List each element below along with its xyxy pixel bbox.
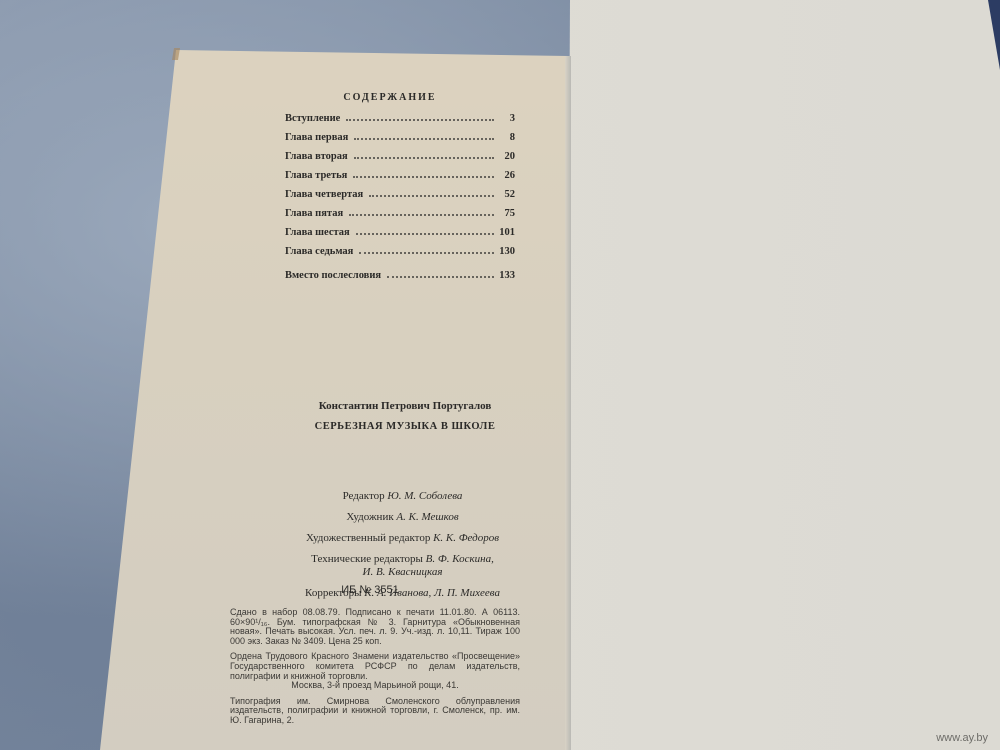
toc-entry: Вместо послесловия133 [285,270,515,289]
watermark: www.ay.by [936,732,988,744]
toc-entry: Глава пятая75 [285,208,515,227]
toc-entry-page: 52 [494,189,515,200]
toc-entry: Глава вторая20 [285,151,515,170]
credit-tech-editors: Технические редакторы В. Ф. Коскина, И. … [275,553,530,579]
ib-number: ИБ № 3551 [310,584,430,596]
credit-name: А. К. Мешков [396,511,458,523]
credit-name: К. К. Федоров [433,532,499,544]
toc-leader-dots [369,195,494,197]
credit-role: Художественный редактор [306,532,430,544]
toc-entry-label: Вместо послесловия [285,270,387,281]
publisher-name: Ордена Трудового Красного Знамени издате… [230,651,520,680]
table-of-contents: Вступление3Глава первая8Глава вторая20Гл… [285,113,515,289]
toc-entry-page: 130 [494,246,515,257]
print-details: Сдано в набор 08.08.79. Подписано к печа… [230,608,520,646]
toc-entry-page: 8 [494,132,515,143]
toc-entry-page: 26 [494,170,515,181]
credit-role: Редактор [343,490,385,502]
book-author: Константин Петрович Португалов [280,400,530,412]
credit-name-2: И. В. Квасницкая [363,566,443,578]
toc-entry-label: Глава вторая [285,151,354,162]
toc-entry-label: Вступление [285,113,346,124]
credit-name: Ю. М. Соболева [387,490,462,502]
toc-entry: Глава четвертая52 [285,189,515,208]
book-title: СЕРЬЕЗНАЯ МУЗЫКА В ШКОЛЕ [280,421,530,432]
toc-entry-label: Глава седьмая [285,246,359,257]
toc-entry-page: 75 [494,208,515,219]
credit-role: Технические редакторы [311,553,423,565]
toc-entry-page: 3 [494,113,515,124]
toc-leader-dots [359,252,494,254]
toc-entry-label: Глава первая [285,132,354,143]
credit-editor: Редактор Ю. М. Соболева [275,486,530,507]
toc-entry: Глава шестая101 [285,227,515,246]
toc-entry: Глава седьмая130 [285,246,515,265]
toc-entry: Глава первая8 [285,132,515,151]
toc-leader-dots [349,214,494,216]
toc-entry: Глава третья26 [285,170,515,189]
contents-heading: СОДЕРЖАНИЕ [330,92,450,103]
toc-entry-label: Глава третья [285,170,353,181]
left-page-content: СОДЕРЖАНИЕ Вступление3Глава первая8Глава… [0,0,1000,750]
toc-entry-page: 101 [494,227,515,238]
toc-leader-dots [354,157,494,159]
publisher-address: Москва, 3-й проезд Марьиной рощи, 41. [230,681,520,691]
credit-role: Художник [346,511,393,523]
toc-entry: Вступление3 [285,113,515,132]
toc-leader-dots [387,276,494,278]
toc-leader-dots [353,176,494,178]
toc-leader-dots [346,119,494,121]
credit-artist: Художник А. К. Мешков [275,507,530,528]
toc-entry-page: 20 [494,151,515,162]
toc-entry-label: Глава шестая [285,227,356,238]
printer-info: Типография им. Смирнова Смоленского облу… [230,697,520,726]
credit-art-editor: Художественный редактор К. К. Федоров [275,528,530,549]
toc-entry-label: Глава пятая [285,208,349,219]
toc-leader-dots [354,138,494,140]
toc-leader-dots [356,233,494,235]
credit-name: В. Ф. Коскина, [426,553,494,565]
imprint-block: Сдано в набор 08.08.79. Подписано к печа… [230,596,520,732]
toc-entry-label: Глава четвертая [285,189,369,200]
publisher-info: Ордена Трудового Красного Знамени издате… [230,652,520,690]
toc-entry-page: 133 [494,270,515,281]
